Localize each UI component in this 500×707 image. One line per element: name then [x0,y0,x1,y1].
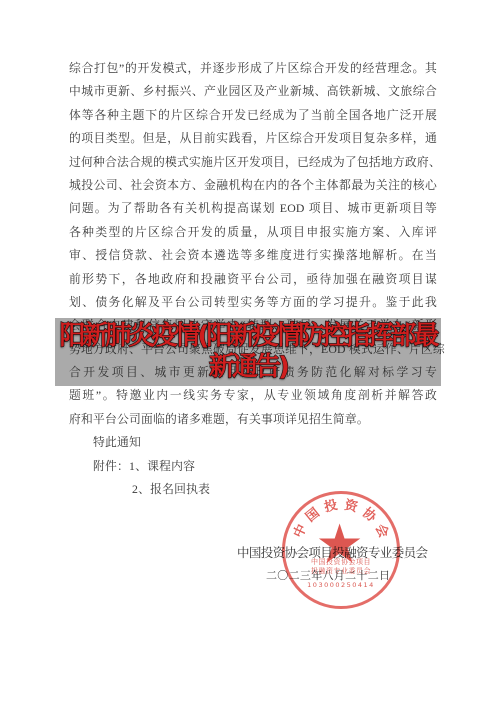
body-line: 过何种合法合规的模式实施片区开发项目，已经成为了包括地方政府、 [69,151,437,174]
body-line: 城投公司、社会资本方、金融机构在内的各个主体都最为关注的核心 [69,174,437,197]
notice-closing: 特此通知 [69,431,437,454]
body-line: 题班”。特邀业内一线实务专家，从专业领域角度剖析并解答政 [69,384,437,407]
overlay-title: 阳新肺炎疫情(阳新疫情防控指挥部最 新通告) [50,321,446,382]
notice-body: 综合打包”的开发模式，并逐步形成了片区综合开发的经营理念。其 中城市更新、乡村振… [69,57,437,501]
body-line: 的项目类型。但是，从目前实践看，片区综合开发项目复杂多样，通 [69,127,437,150]
body-line: 体等各种主题下的片区综合开发已经成为了当前全国各地广泛开展 [69,104,437,127]
overlay-title-line2: 新通告) [50,352,446,383]
body-line: 中城市更新、乡村振兴、产业园区及产业新城、高铁新城、文旅综合 [69,80,437,103]
body-line: 划、债务化解及平台公司转型实务等方面的学习提升。鉴于此我 [69,291,437,314]
body-line: 问题。为了帮助各有关机构提高谋划 EOD 项目、城市更新项目等 [69,197,437,220]
seal-serial-number: 103000250414 [282,581,400,589]
body-line: 综合打包”的开发模式，并逐步形成了片区综合开发的经营理念。其 [69,57,437,80]
body-line: 各种类型的片区综合开发的质量，从项目申报实施方案、入库评 [69,221,437,244]
overlay-title-line1: 阳新肺炎疫情(阳新疫情防控指挥部最 [50,321,446,352]
document-page: 综合打包”的开发模式，并逐步形成了片区综合开发的经营理念。其 中城市更新、乡村振… [0,0,500,707]
official-seal: 中 国 投 资 协 会 ★ 中国投资协会项目 投融资专业委员会 10300025… [282,491,400,609]
body-line: 府和平台公司面临的诸多难题，有关事项详见招生简章。 [69,408,437,431]
body-line: 审、授信贷款、社会资本遴选等多维度进行实操落地解析。在当 [69,244,437,267]
seal-inner-text: 投融资专业委员会 [282,566,400,576]
body-line: 前形势下，各地政府和投融资平台公司，亟待加强在融资项目谋 [69,268,437,291]
attachment-item-1: 附件：1、课程内容 [69,455,437,478]
